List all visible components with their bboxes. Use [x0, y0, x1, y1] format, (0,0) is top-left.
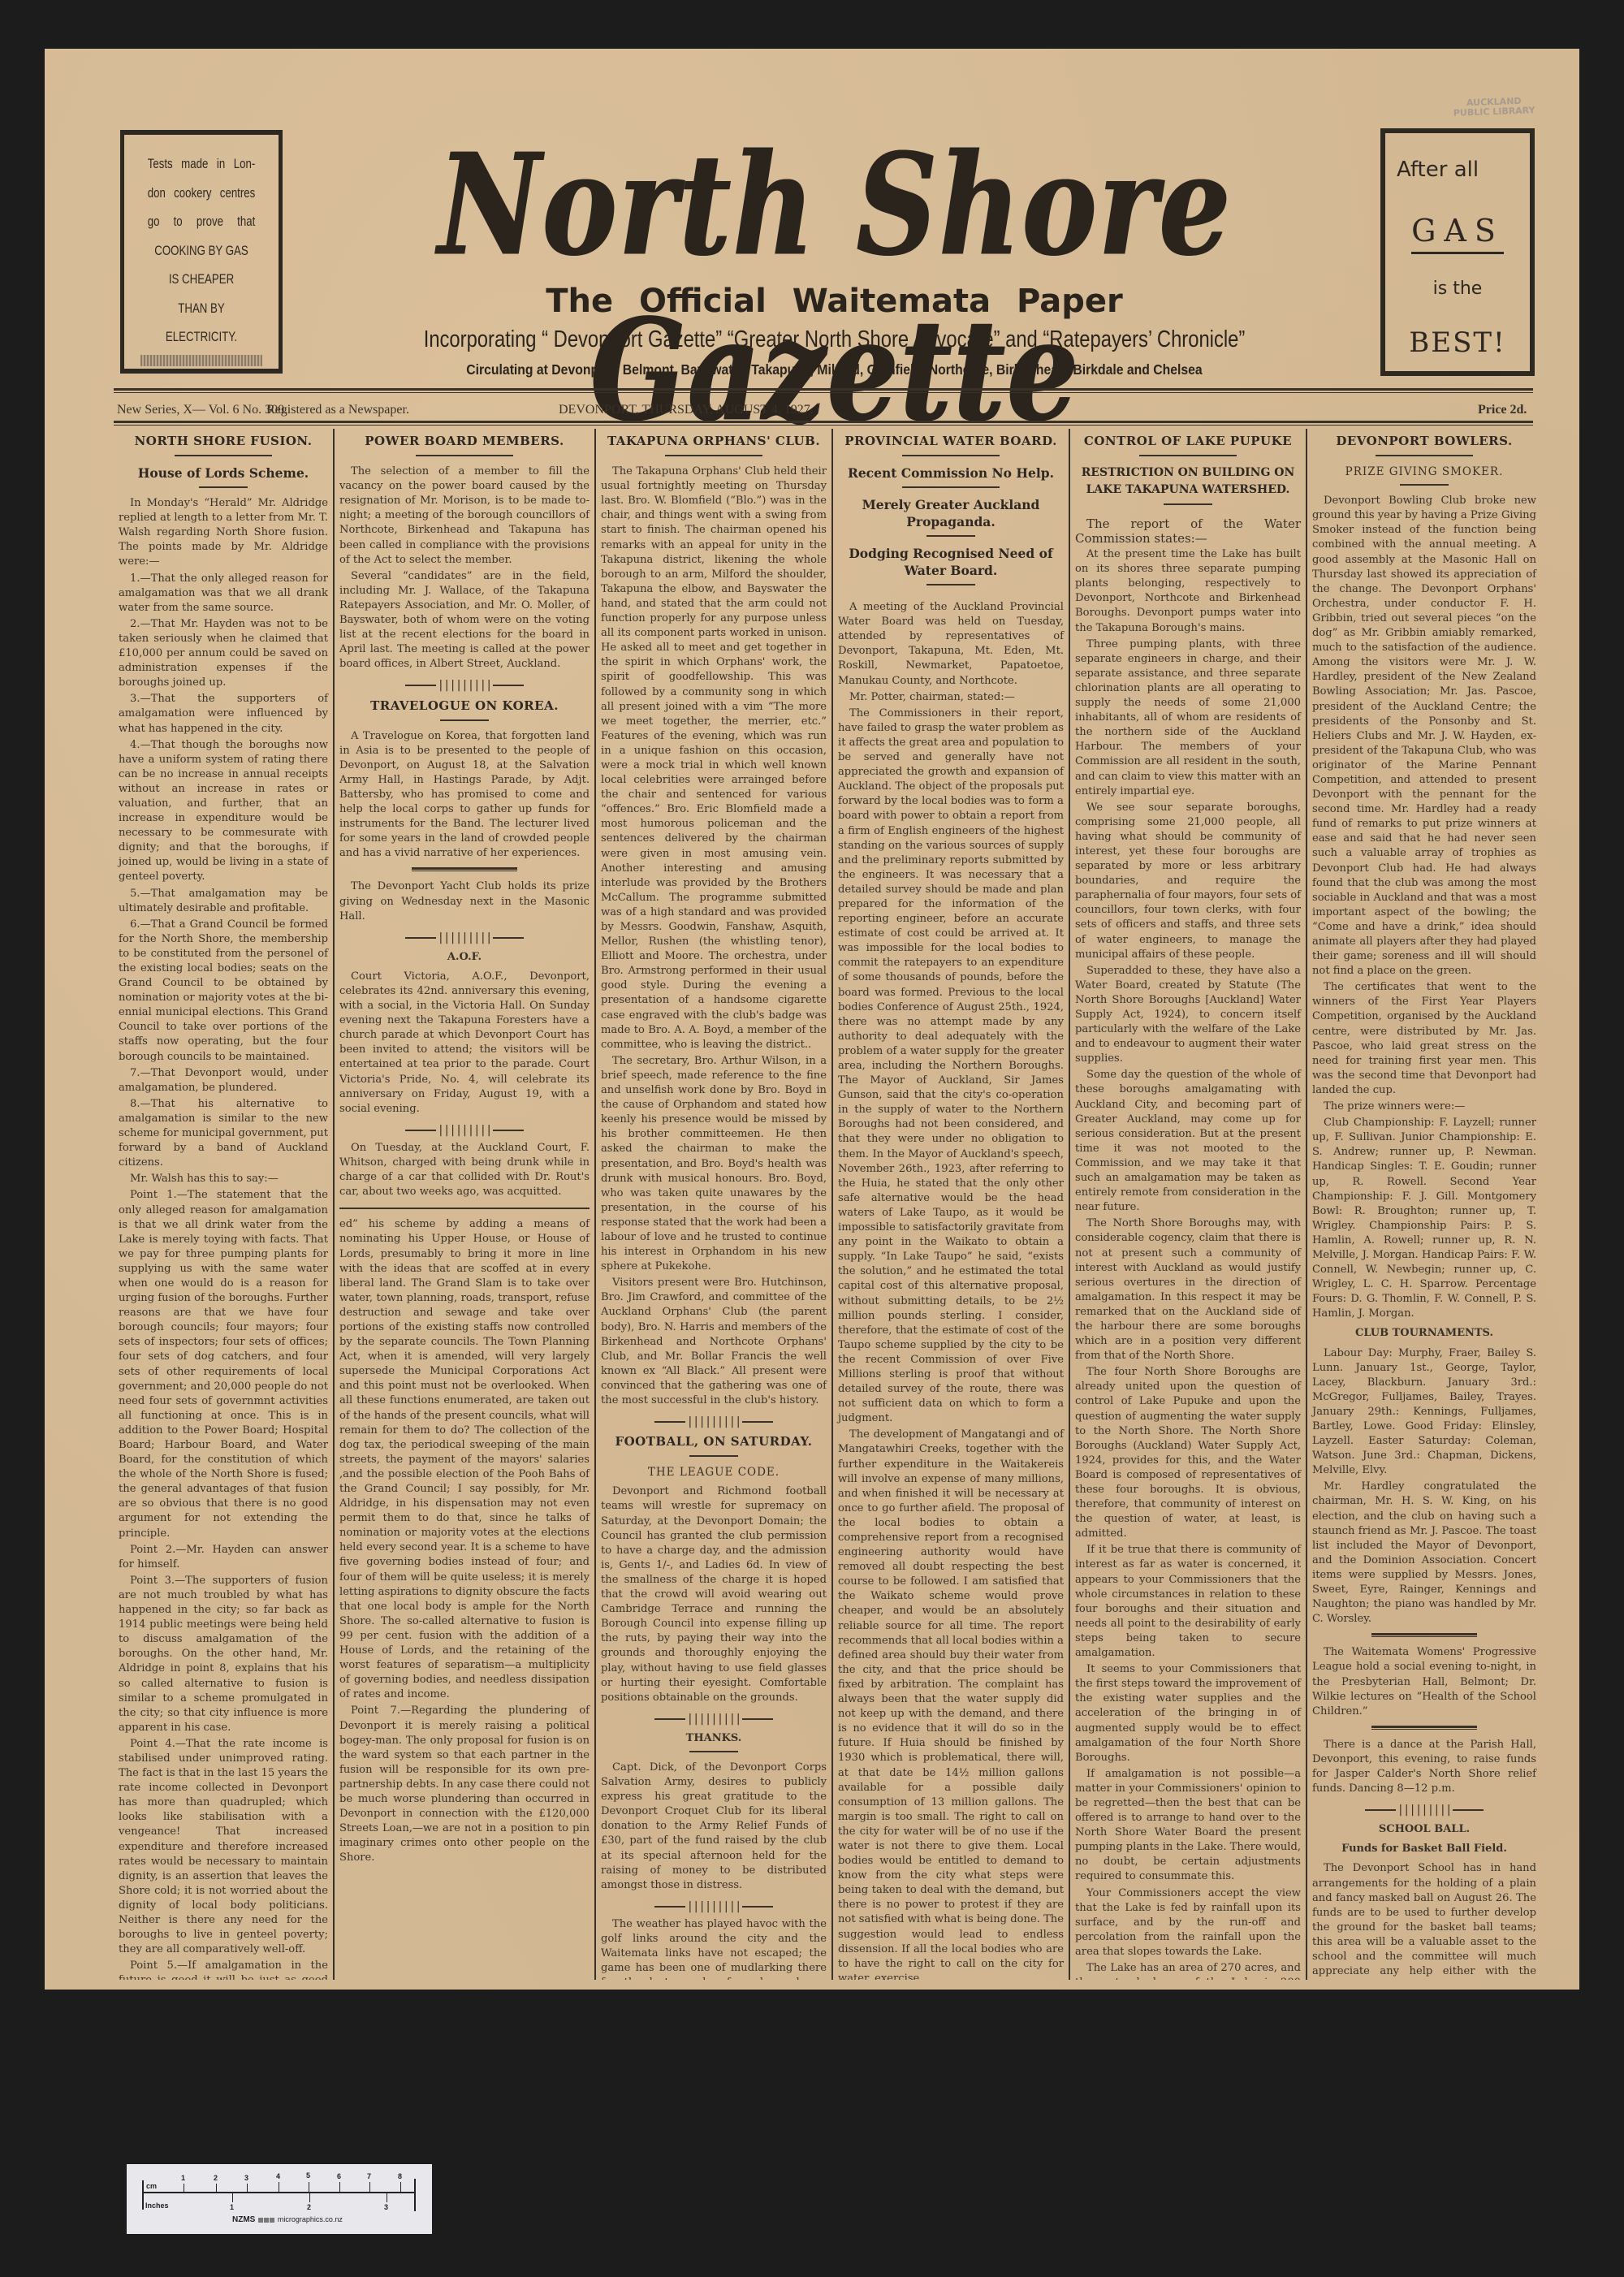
article-heading: SCHOOL BALL. [1312, 1822, 1536, 1837]
article-heading: TAKAPUNA ORPHANS' CLUB. [601, 434, 827, 448]
incorporating-line: Incorporating “ Devonport Gazette” “Grea… [390, 326, 1279, 353]
gas-cooking-advert: Tests made in Lon- don cookery centres g… [120, 130, 283, 374]
newspaper-subtitle: The Official Waitemata Paper [292, 283, 1376, 320]
article-subheading: THE LEAGUE CODE. [601, 1465, 827, 1480]
inches-label: Inches [145, 2201, 169, 2210]
column-water-board: PROVINCIAL WATER BOARD. Recent Commissio… [831, 429, 1069, 1980]
divider [1139, 455, 1237, 456]
column-lake-pupuke: CONTROL OF LAKE PUPUKE RESTRICTION ON BU… [1069, 429, 1306, 1980]
article-subheading: Dodging Recognised Need of Water Board. [838, 545, 1064, 579]
article-heading: PROVINCIAL WATER BOARD. [838, 434, 1064, 448]
column-orphans-club: TAKAPUNA ORPHANS' CLUB. The Takapuna Orp… [594, 429, 831, 1980]
gas-best-advert: After all GAS is the BEST! [1380, 128, 1535, 376]
article-heading: CLUB TOURNAMENTS. [1312, 1326, 1536, 1341]
divider [902, 455, 1000, 456]
article-subheading: House of Lords Scheme. [119, 464, 328, 482]
double-divider [1371, 1726, 1477, 1730]
scale-ruler: cm Inches 1 2 3 4 5 6 7 8 1 2 3 NZMS mic… [127, 2164, 432, 2234]
article-heading: DEVONPORT BOWLERS. [1312, 434, 1536, 448]
masthead-rule [114, 388, 1533, 393]
ornament-divider: ||||||||| [1312, 1803, 1536, 1817]
divider [926, 584, 975, 585]
cm-label: cm [146, 2182, 157, 2190]
column-power-board: POWER BOARD MEMBERS. The selection of a … [333, 429, 594, 1980]
ink-smudge [140, 355, 262, 366]
article-subheading: Merely Greater Auckland Propaganda. [838, 496, 1064, 530]
registration-note: Registered as a Newspaper. [266, 403, 409, 417]
divider [665, 455, 762, 456]
article-heading: FOOTBALL, ON SATURDAY. [601, 1434, 827, 1449]
article-subheading: Funds for Basket Ball Field. [1312, 1842, 1536, 1856]
backdrop-edge [1579, 49, 1624, 1990]
divider [440, 719, 489, 721]
dateline-rule [114, 421, 1533, 426]
article-heading: POWER BOARD MEMBERS. [339, 434, 590, 448]
ornament-divider: ||||||||| [339, 931, 590, 945]
double-divider [412, 867, 517, 871]
ornament-divider: ||||||||| [601, 1899, 827, 1914]
divider [1164, 503, 1212, 505]
divider [1400, 484, 1449, 486]
divider [175, 455, 272, 456]
column-north-shore-fusion: NORTH SHORE FUSION. House of Lords Schem… [114, 429, 333, 1980]
double-divider [1371, 1633, 1477, 1637]
price: Price 2d. [1478, 403, 1527, 417]
divider [689, 1751, 738, 1752]
ornament-divider: ||||||||| [601, 1712, 827, 1726]
article-subheading: PRIZE GIVING SMOKER. [1312, 464, 1536, 479]
divider [416, 455, 513, 456]
series-number: New Series, X— Vol. 6 No. 300. [117, 403, 287, 417]
ornament-divider: ||||||||| [339, 678, 590, 693]
dateline: New Series, X— Vol. 6 No. 300. Registere… [114, 398, 1533, 422]
article-heading: A.O.F. [339, 950, 590, 965]
divider [689, 1455, 738, 1457]
article-subheading: Recent Commission No Help. [838, 464, 1064, 482]
divider [199, 486, 248, 488]
article-subheading: RESTRICTION ON BUILDING ON LAKE TAKAPUNA… [1075, 464, 1301, 499]
divider [339, 1208, 590, 1209]
ornament-divider: ||||||||| [339, 1123, 590, 1138]
column-devonport-bowlers: DEVONPORT BOWLERS. PRIZE GIVING SMOKER. … [1306, 429, 1541, 1980]
micrographics-brand: NZMS micrographics.co.nz [232, 2215, 343, 2224]
issue-date: DEVONPORT, THURSDAY, AUGUST 4, 1927. [559, 403, 814, 417]
article-heading: TRAVELOGUE ON KOREA. [339, 698, 590, 713]
divider [1376, 455, 1473, 456]
article-heading: NORTH SHORE FUSION. [119, 434, 328, 448]
article-heading: CONTROL OF LAKE PUPUKE [1075, 434, 1301, 448]
divider [926, 535, 975, 537]
ornament-divider: ||||||||| [601, 1415, 827, 1429]
divider [902, 486, 1000, 488]
library-stamp: AUCKLAND PUBLIC LIBRARY [1445, 96, 1544, 119]
circulation-line: Circulating at Devonport, Belmont, Baysw… [347, 361, 1323, 378]
article-heading: THANKS. [601, 1731, 827, 1746]
